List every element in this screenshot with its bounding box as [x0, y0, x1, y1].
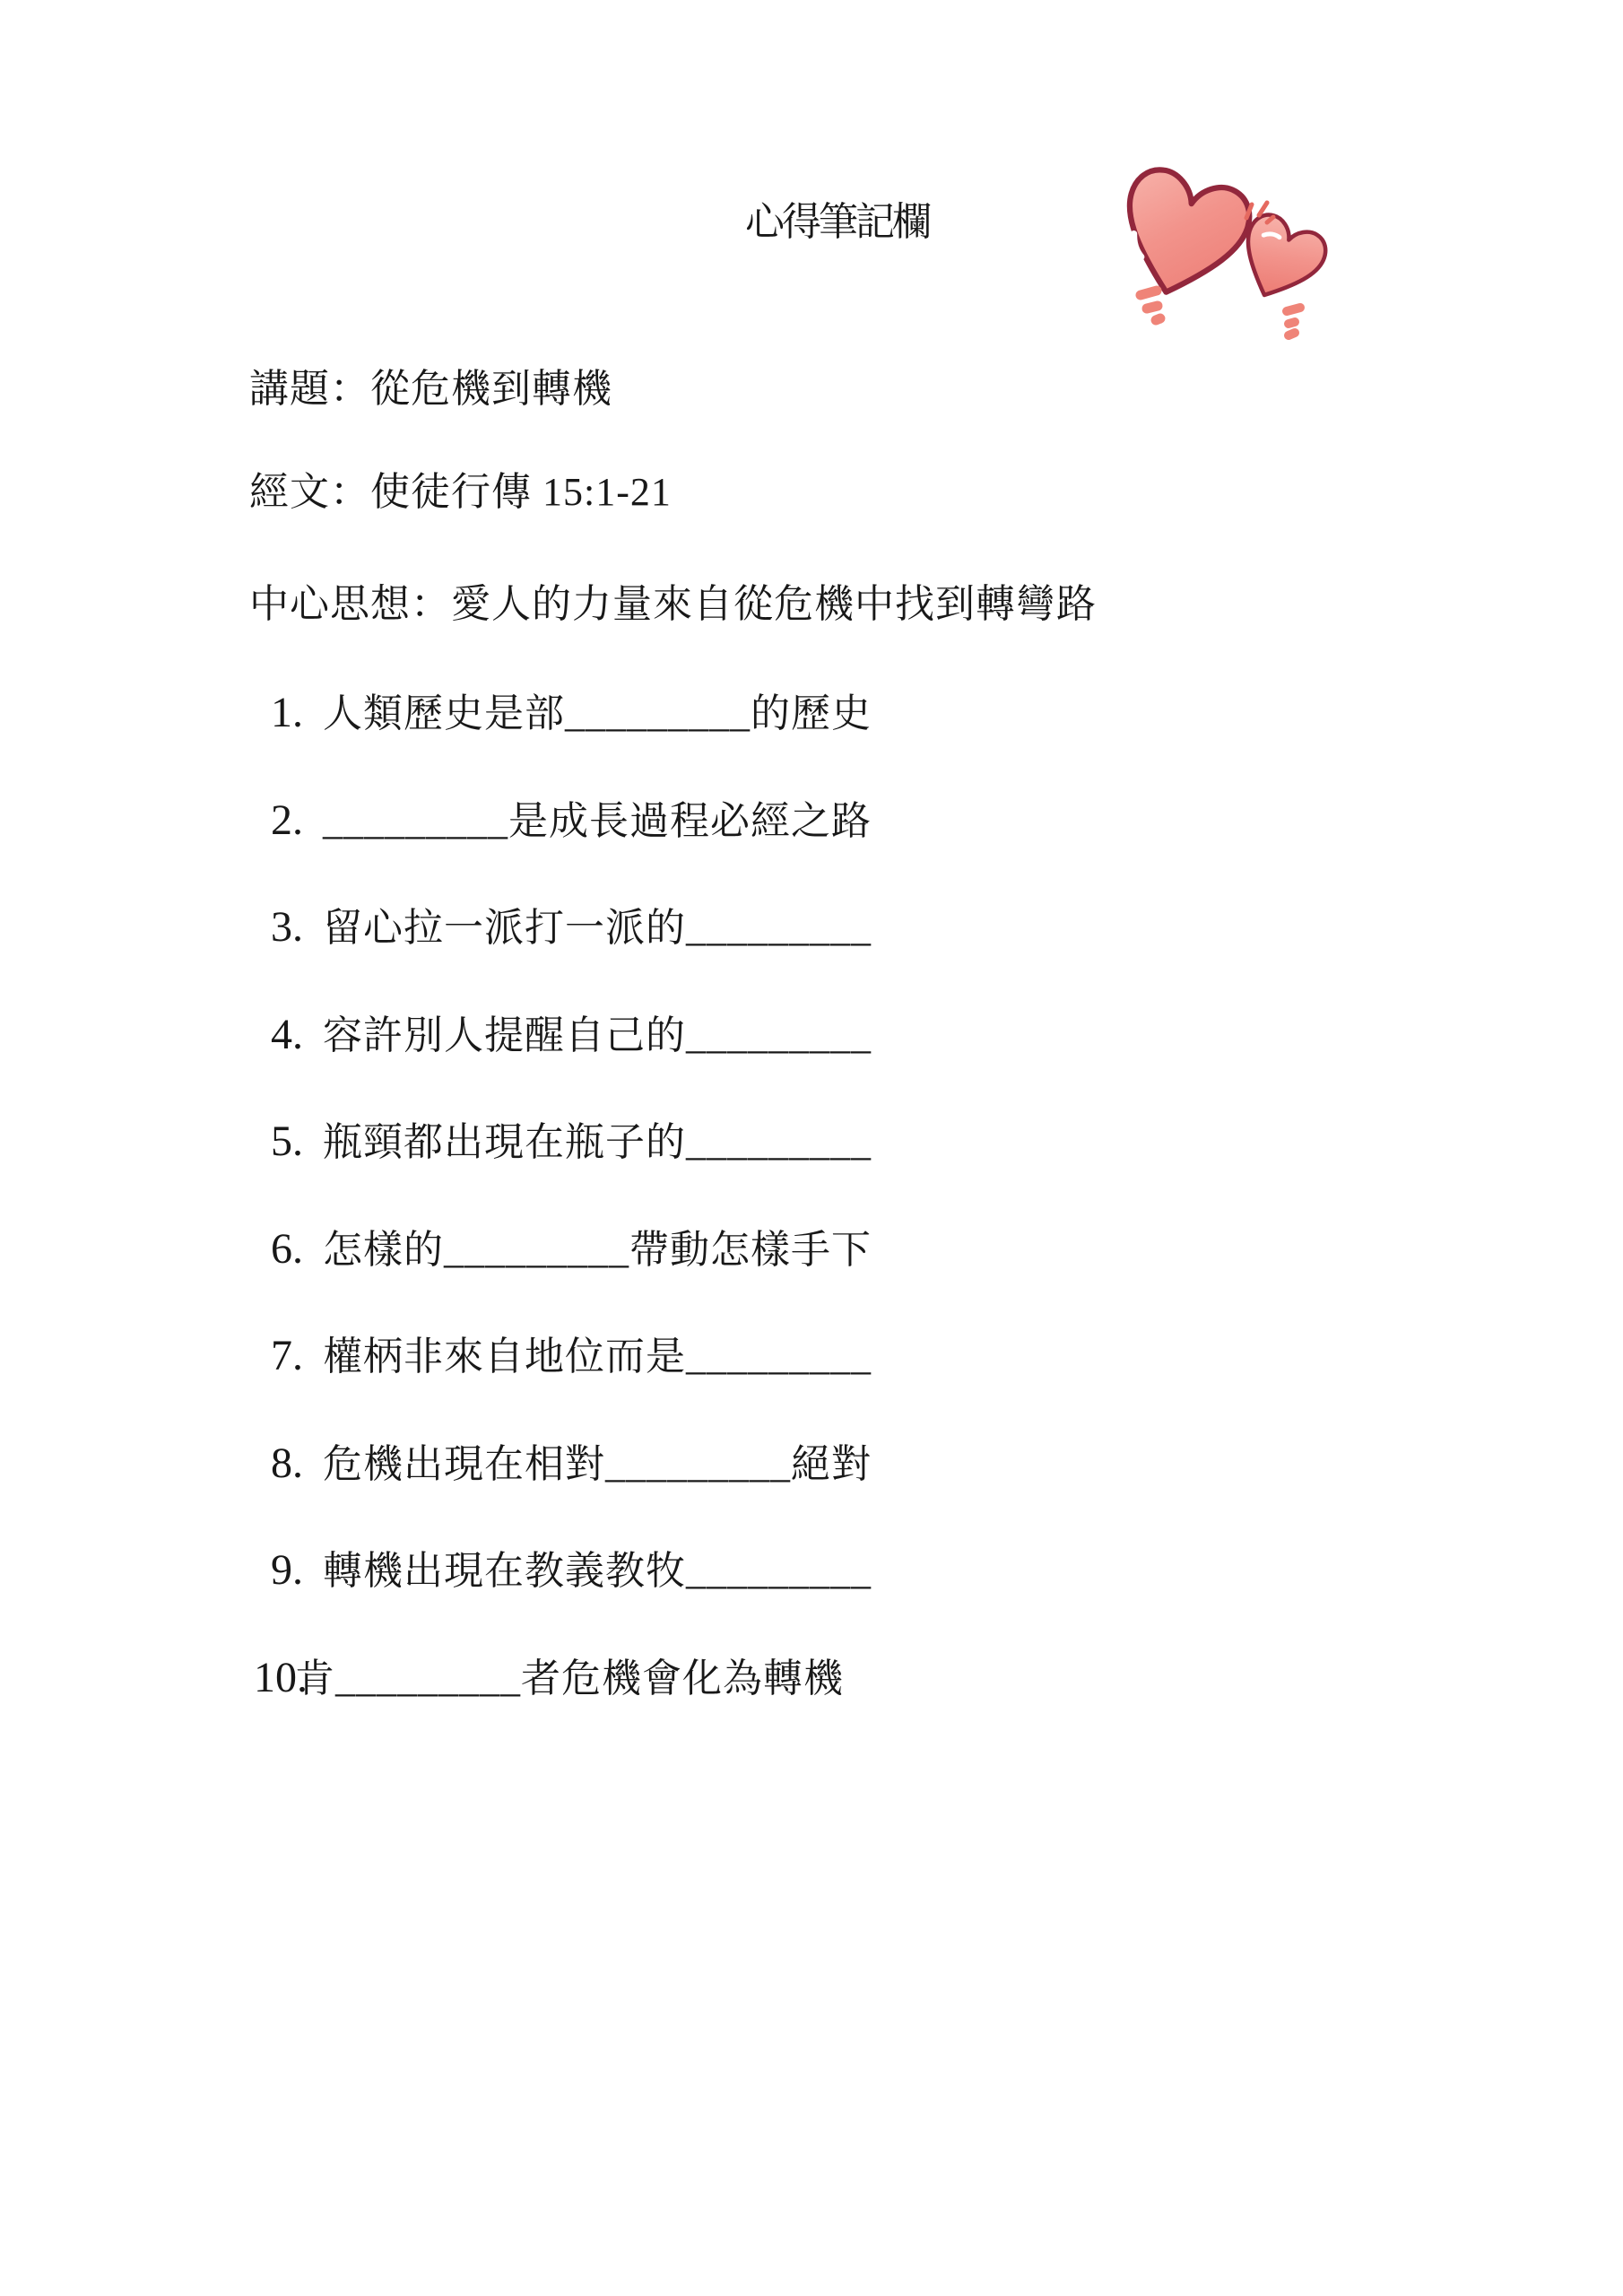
item-text: 容許別人提醒自己的_________: [323, 1013, 872, 1060]
item-text: 肯_________者危機會化為轉機: [295, 1656, 844, 1703]
item-number: 8.: [271, 1438, 323, 1490]
item-text: 瓶頸都出現在瓶子的_________: [323, 1119, 872, 1167]
item-text: 權柄非來自地位而是_________: [323, 1334, 872, 1381]
meta-scripture-line: 經文：使徒行傳 15:1-21: [249, 469, 672, 517]
list-item: 6. 怎樣的_________帶動怎樣手下: [271, 1223, 1623, 1331]
notes-list: 1. 人類歷史是部_________的歷史 2. _________是成長過程必…: [0, 687, 1623, 1759]
big-heart-icon: [1108, 163, 1257, 309]
item-number: 7.: [271, 1330, 323, 1382]
item-text: 人類歷史是部_________的歷史: [323, 691, 872, 738]
item-number: 1.: [271, 687, 323, 739]
hearts-illustration: [1094, 161, 1363, 368]
list-item: 8. 危機出現在相對_________絕對: [271, 1438, 1623, 1545]
item-text: 轉機出現在教義教牧_________: [323, 1548, 872, 1596]
item-number: 3.: [271, 901, 323, 953]
page-title: 心得筆記欄: [745, 199, 929, 247]
item-text: 危機出現在相對_________絕對: [323, 1441, 872, 1489]
list-item: 10. 肯_________者危機會化為轉機: [254, 1652, 1623, 1760]
meta-theme-line: 中心思想：愛人的力量來自從危機中找到轉彎路: [249, 581, 1097, 629]
item-number: 4.: [271, 1009, 323, 1061]
item-text: _________是成長過程必經之路: [323, 798, 872, 846]
list-item: 7. 權柄非來自地位而是_________: [271, 1330, 1623, 1438]
item-text: 留心拉一派打一派的_________: [323, 905, 872, 952]
motion-dashes-right-icon: [1287, 308, 1300, 335]
motion-dashes-left-icon: [1141, 291, 1160, 320]
item-number: 9.: [271, 1544, 323, 1596]
item-number: 5.: [271, 1116, 323, 1168]
meta-topic-line: 講題：從危機到轉機: [249, 366, 612, 413]
scanned-worksheet-page: 心得筆記欄: [0, 0, 1623, 2296]
list-item: 2. _________是成長過程必經之路: [271, 795, 1623, 902]
list-item: 1. 人類歷史是部_________的歷史: [271, 687, 1623, 795]
list-item: 4. 容許別人提醒自己的_________: [271, 1009, 1623, 1117]
list-item: 9. 轉機出現在教義教牧_________: [271, 1544, 1623, 1652]
item-number: 2.: [271, 795, 323, 847]
item-number: 6.: [271, 1223, 323, 1275]
list-item: 5. 瓶頸都出現在瓶子的_________: [271, 1116, 1623, 1223]
item-text: 怎樣的_________帶動怎樣手下: [323, 1227, 872, 1274]
item-number: 10.: [254, 1652, 295, 1704]
list-item: 3. 留心拉一派打一派的_________: [271, 901, 1623, 1009]
